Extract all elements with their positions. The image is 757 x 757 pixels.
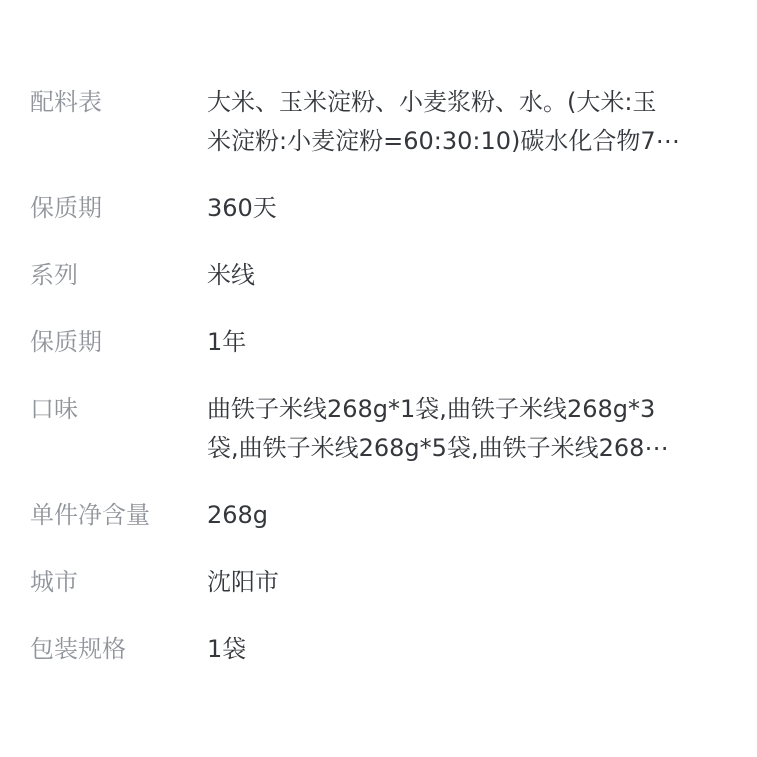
spec-row-flavor: 口味 曲铁子米线268g*1袋,曲铁子米线268g*3 袋,曲铁子米线268g*…: [30, 390, 727, 468]
spec-row-shelf-life-days: 保质期 360天: [30, 189, 727, 228]
product-spec-sheet: 配料表 大米、玉米淀粉、小麦浆粉、水。(大米:玉 米淀粉:小麦淀粉=60:30:…: [0, 0, 757, 757]
spec-row-ingredients: 配料表 大米、玉米淀粉、小麦浆粉、水。(大米:玉 米淀粉:小麦淀粉=60:30:…: [30, 83, 727, 161]
spec-value: 1袋: [207, 630, 246, 669]
spec-value: 360天: [207, 189, 277, 228]
spec-label: 口味: [30, 390, 207, 429]
spec-label: 包装规格: [30, 630, 207, 669]
spec-row-city: 城市 沈阳市: [30, 563, 727, 602]
spec-row-series: 系列 米线: [30, 256, 727, 295]
spec-label: 单件净含量: [30, 496, 207, 535]
spec-label: 配料表: [30, 83, 207, 122]
spec-value: 沈阳市: [207, 563, 279, 602]
spec-row-shelf-life-years: 保质期 1年: [30, 323, 727, 362]
spec-label: 保质期: [30, 189, 207, 228]
spec-label: 系列: [30, 256, 207, 295]
spec-label: 城市: [30, 563, 207, 602]
spec-row-package-spec: 包装规格 1袋: [30, 630, 727, 669]
spec-value: 曲铁子米线268g*1袋,曲铁子米线268g*3 袋,曲铁子米线268g*5袋,…: [207, 390, 668, 468]
spec-value: 大米、玉米淀粉、小麦浆粉、水。(大米:玉 米淀粉:小麦淀粉=60:30:10)碳…: [207, 83, 680, 161]
spec-label: 保质期: [30, 323, 207, 362]
spec-row-net-content: 单件净含量 268g: [30, 496, 727, 535]
spec-value: 米线: [207, 256, 255, 295]
spec-value: 1年: [207, 323, 246, 362]
spec-value: 268g: [207, 496, 268, 535]
